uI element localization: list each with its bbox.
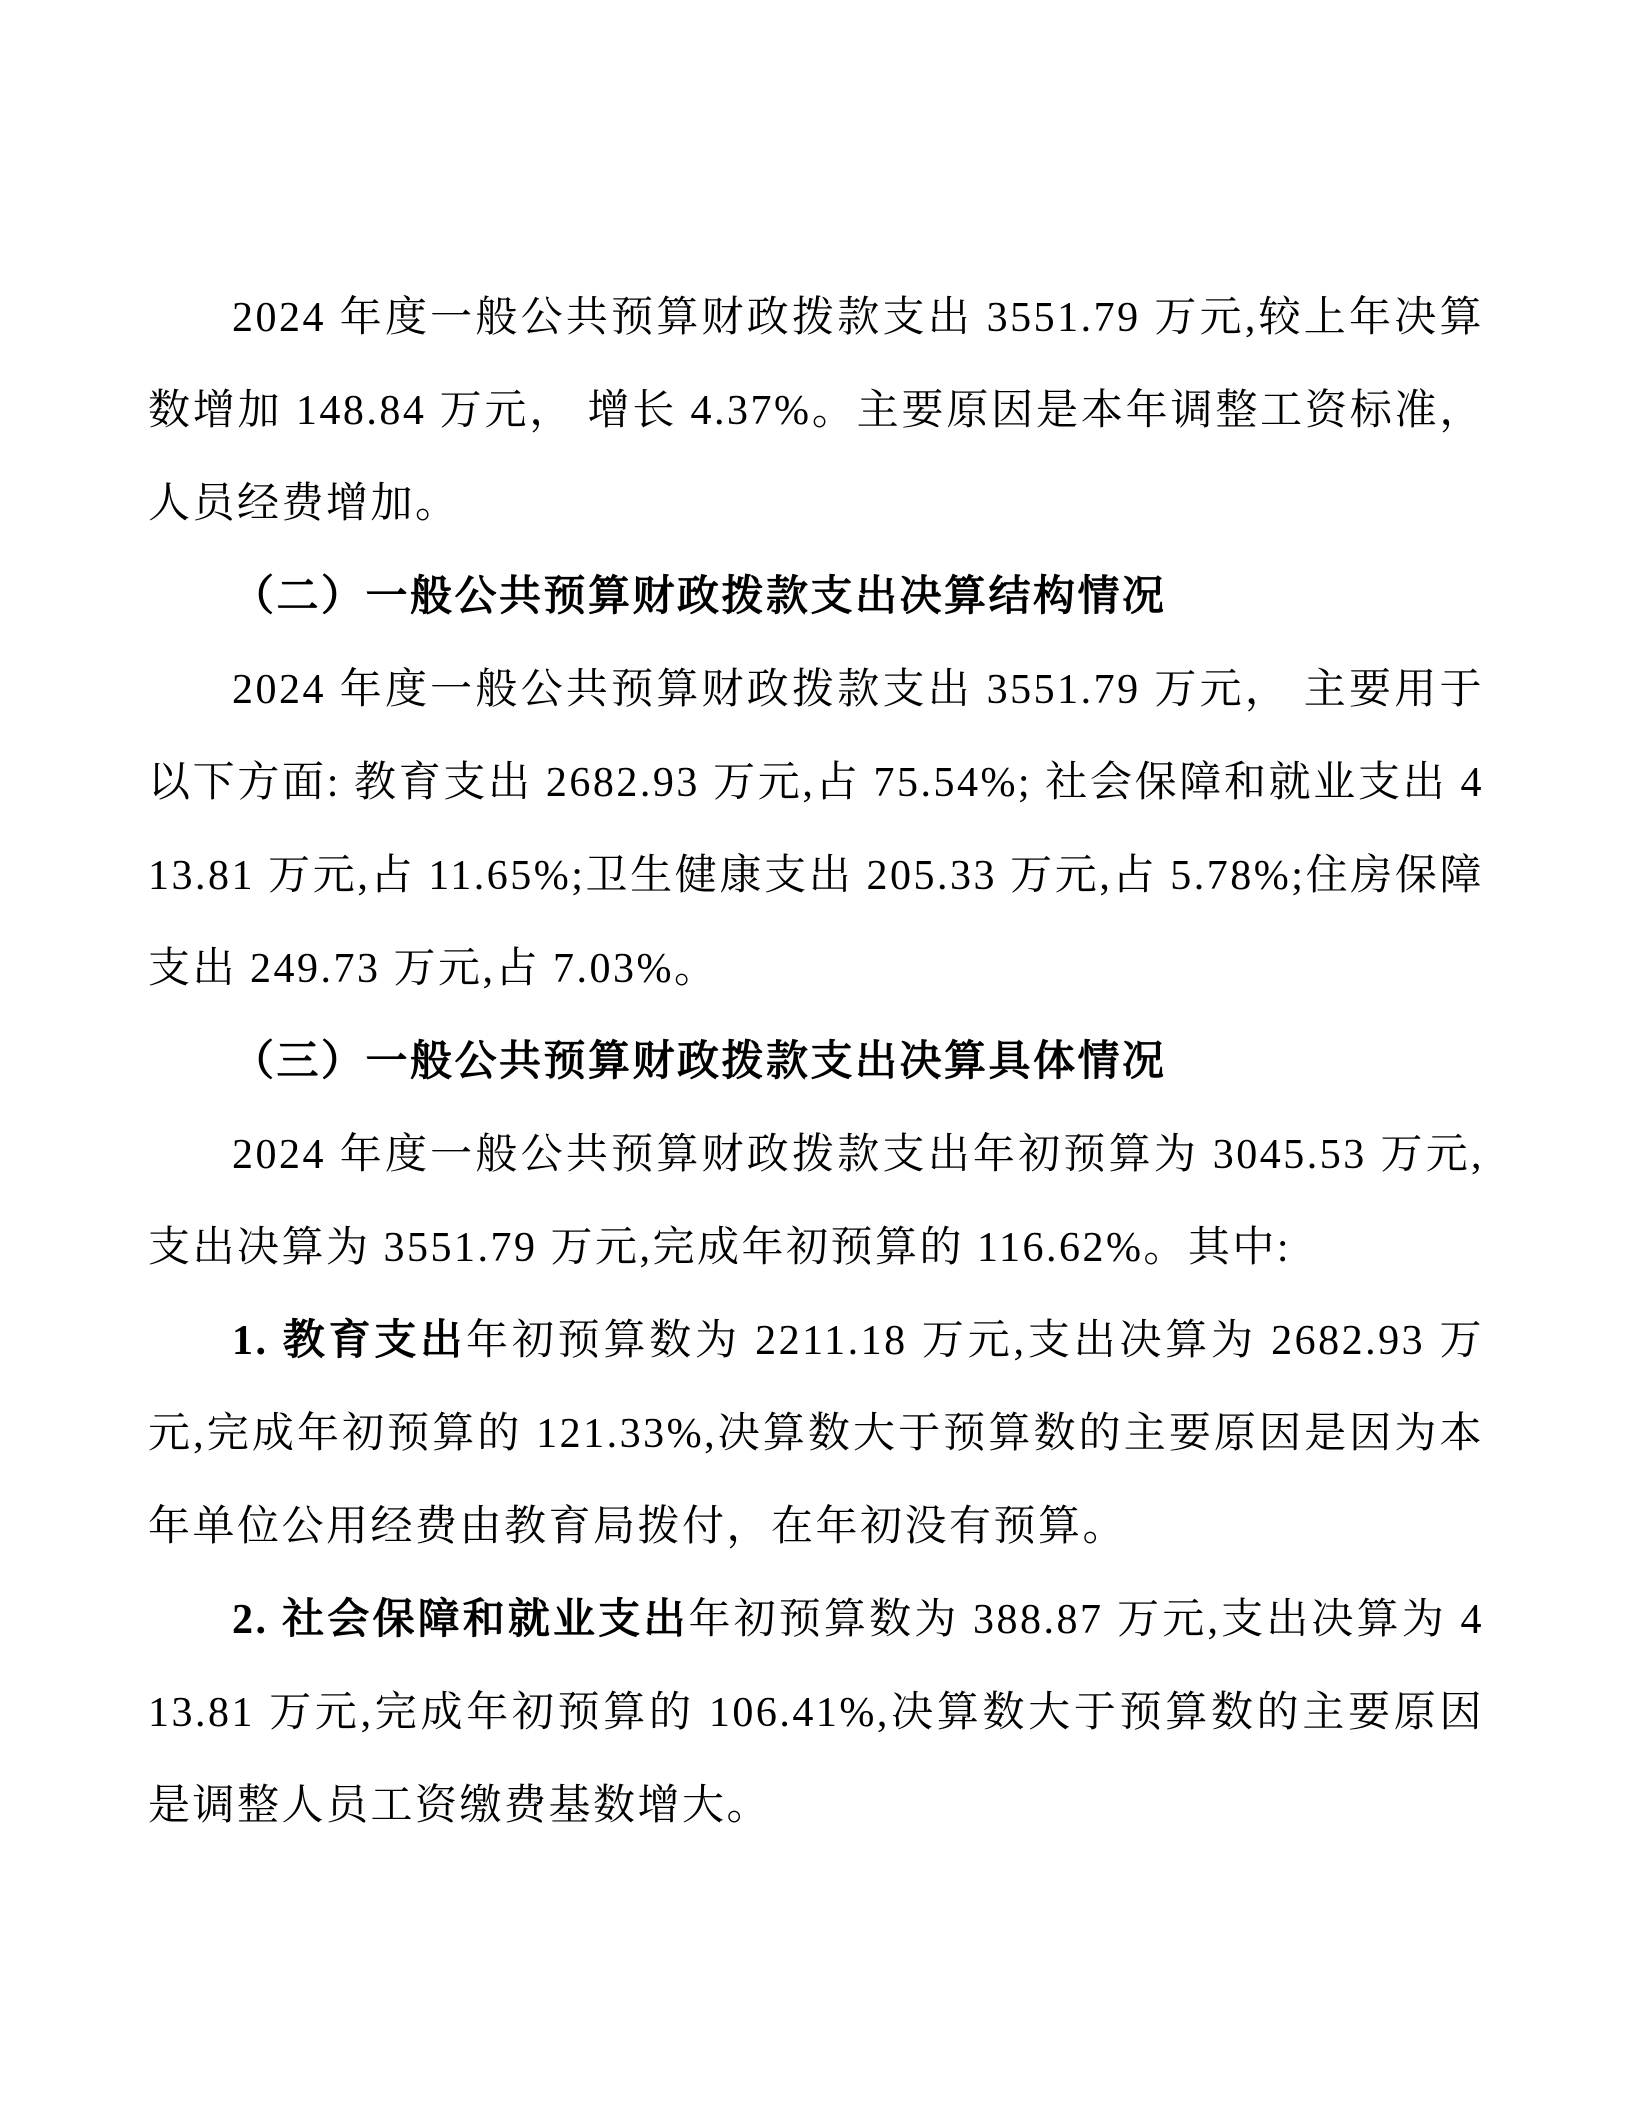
paragraph-expenditure-overview: 2024 年度一般公共预算财政拨款支出 3551.79 万元,较上年决算数增加 … xyxy=(148,272,1484,551)
item-education-label: 1. 教育支出 xyxy=(232,1318,466,1364)
section-heading-details: （三）一般公共预算财政拨款支出决算具体情况 xyxy=(148,1016,1484,1109)
paragraph-expenditure-structure: 2024 年度一般公共预算财政拨款支出 3551.79 万元， 主要用于以下方面… xyxy=(148,644,1484,1016)
item-social-security-label: 2. 社会保障和就业支出 xyxy=(232,1597,688,1643)
paragraph-expenditure-details: 2024 年度一般公共预算财政拨款支出年初预算为 3045.53 万元,支出决算… xyxy=(148,1109,1484,1295)
paragraph-item-education: 1. 教育支出年初预算数为 2211.18 万元,支出决算为 2682.93 万… xyxy=(148,1295,1484,1574)
paragraph-item-social-security: 2. 社会保障和就业支出年初预算数为 388.87 万元,支出决算为 413.8… xyxy=(148,1574,1484,1853)
document-page: 2024 年度一般公共预算财政拨款支出 3551.79 万元,较上年决算数增加 … xyxy=(0,0,1632,2112)
section-heading-structure: （二）一般公共预算财政拨款支出决算结构情况 xyxy=(148,551,1484,644)
